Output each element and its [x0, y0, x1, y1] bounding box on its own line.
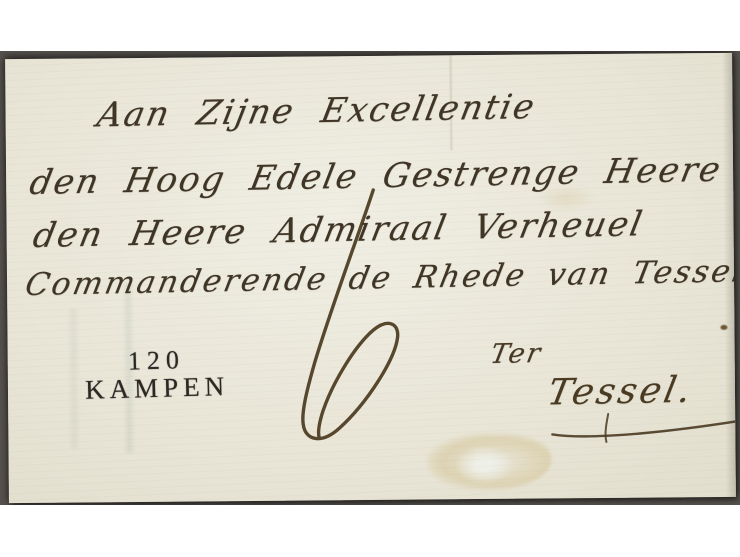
address-line-1: Aan Zijne Excellentie [94, 87, 540, 135]
photo-background: Aan Zijne Excellentie den Hoog Edele Ges… [0, 51, 740, 505]
postmark-kampen: 120 KAMPEN [70, 346, 243, 405]
seal-stain-core [456, 447, 511, 483]
destination-prefix: Ter [488, 338, 545, 370]
postmark-town: KAMPEN [71, 372, 244, 405]
destination-place: Tessel. [544, 370, 697, 414]
letter-photo-page: Aan Zijne Excellentie den Hoog Edele Ges… [0, 0, 740, 557]
letter-paper: Aan Zijne Excellentie den Hoog Edele Ges… [5, 53, 736, 503]
rate-marking-6 [269, 184, 411, 457]
underline-flourish [546, 411, 736, 447]
